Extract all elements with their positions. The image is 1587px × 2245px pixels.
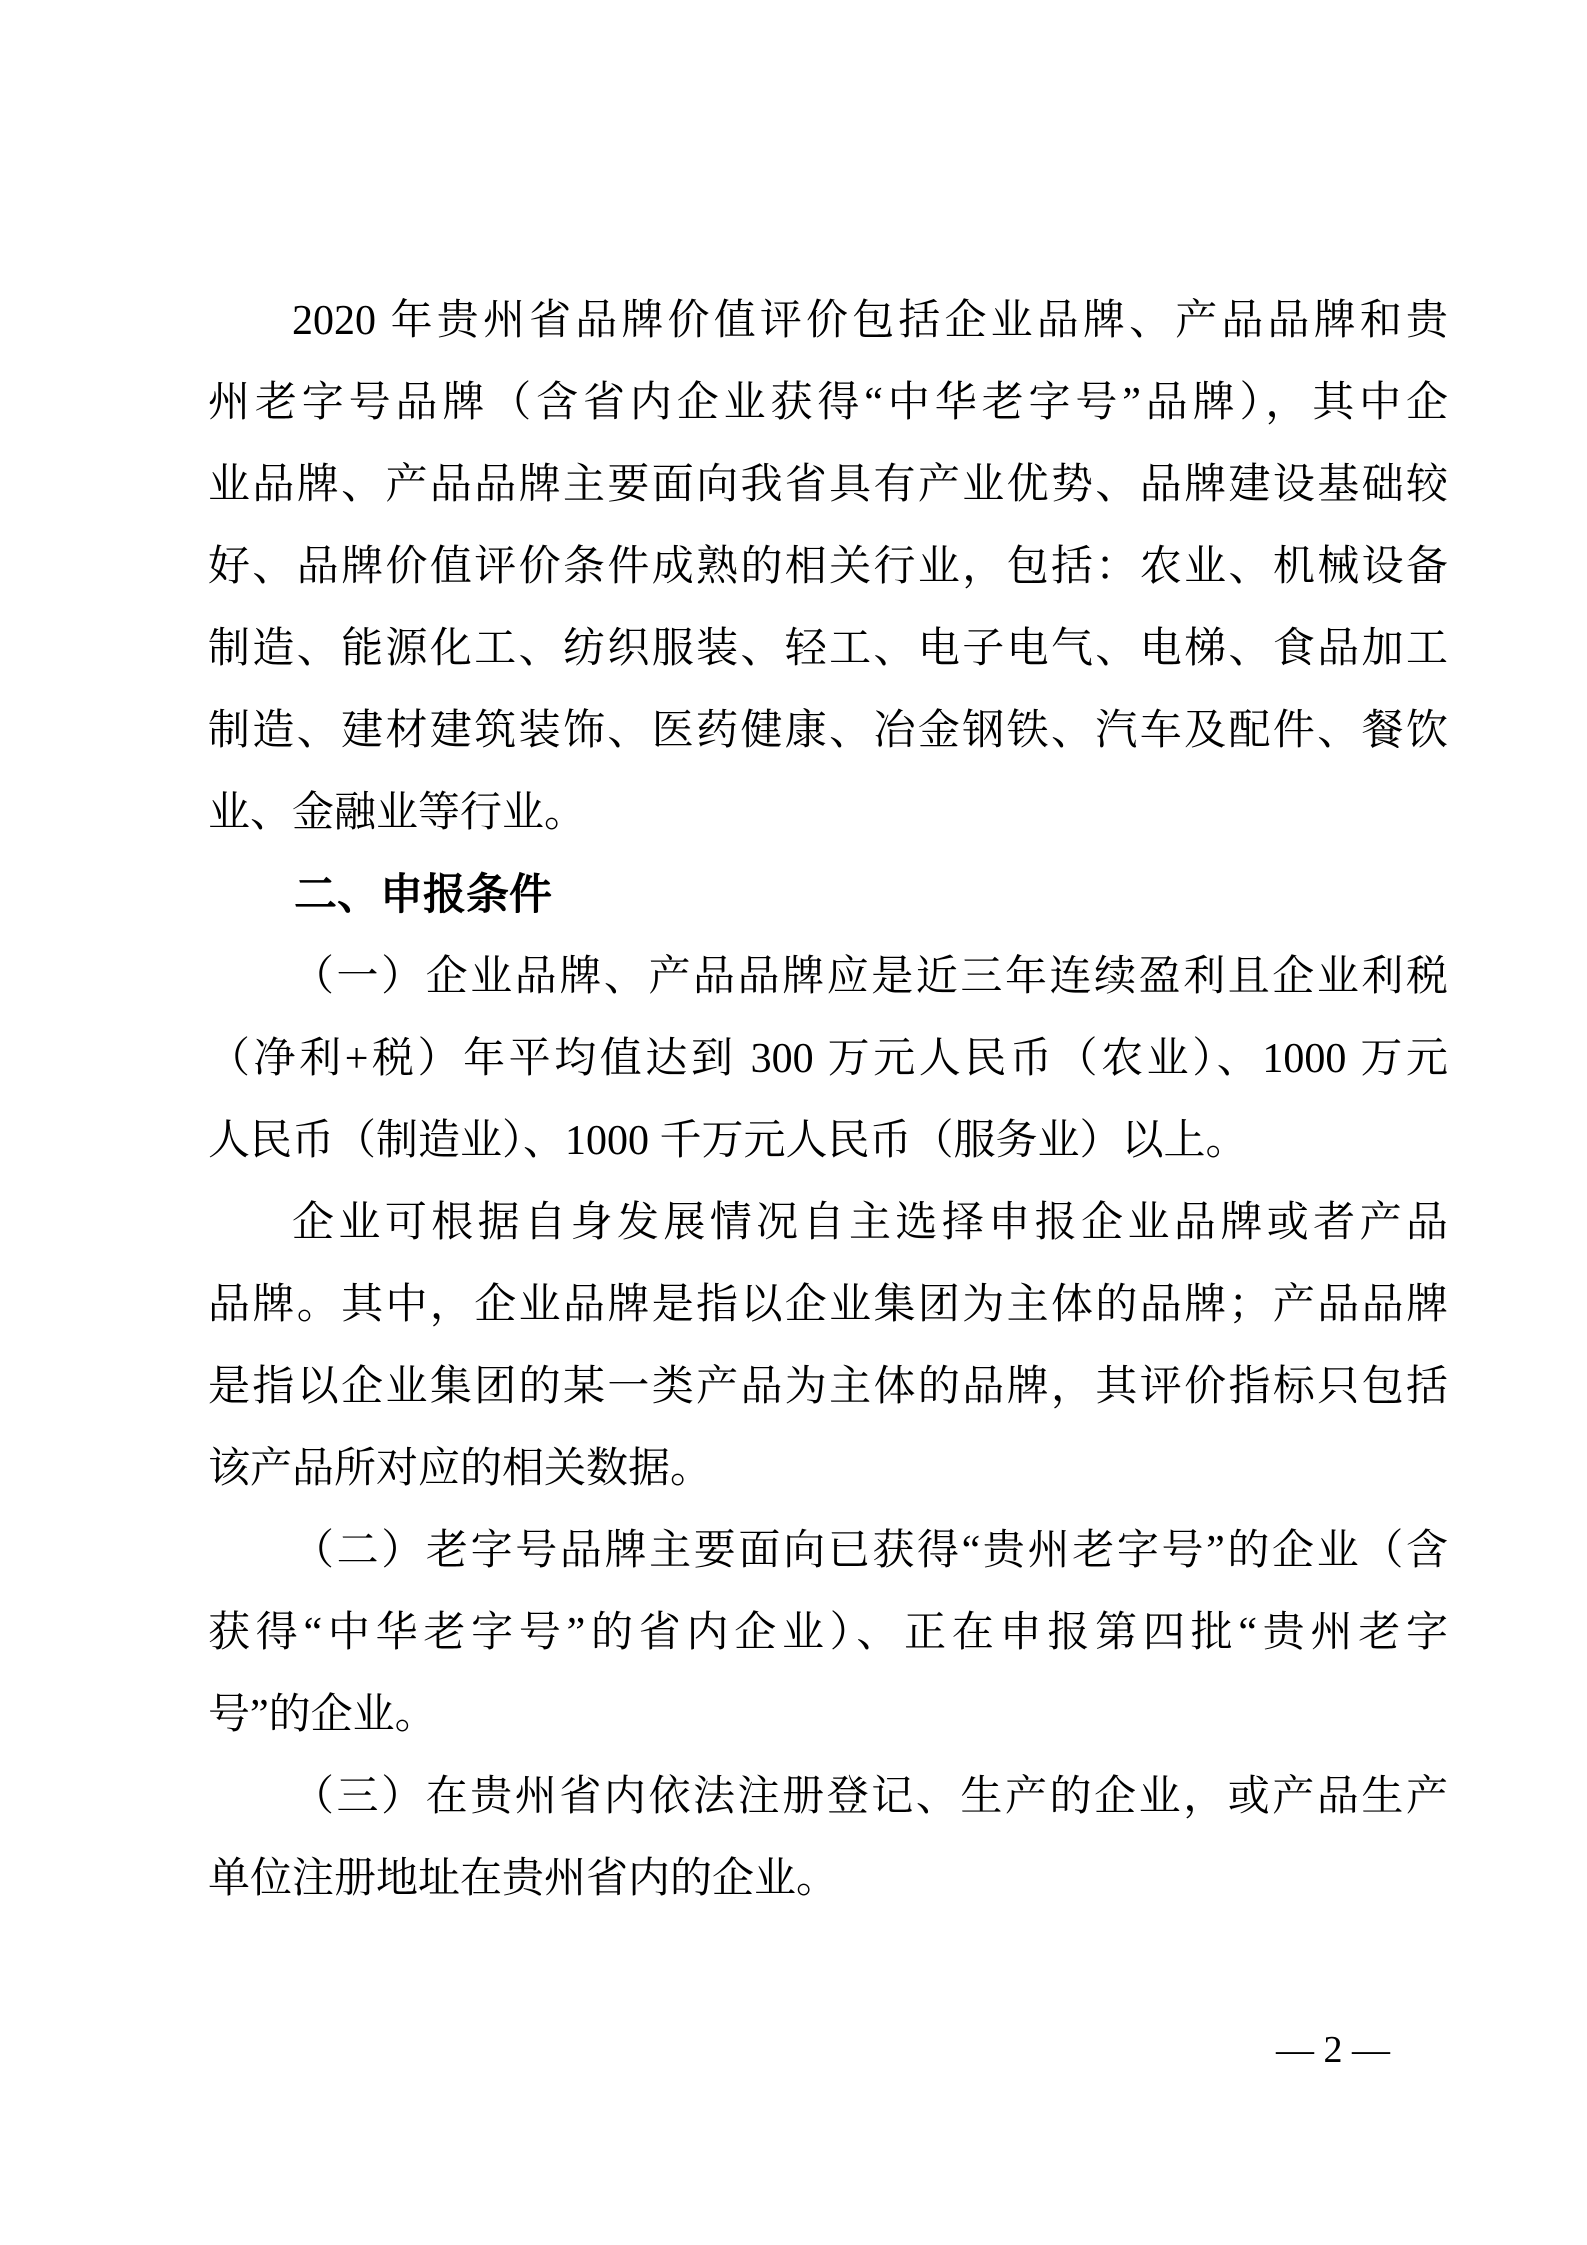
text-line: 业、金融业等行业。 (208, 772, 1448, 854)
text-line: 该产品所对应的相关数据。 (208, 1428, 1448, 1510)
page-number: — 2 — (1276, 2026, 1390, 2074)
text-line: 制造、建材建筑装饰、医药健康、冶金钢铁、汽车及配件、餐饮 (208, 690, 1448, 772)
text-line: （三）在贵州省内依法注册登记、生产的企业，或产品生产 (208, 1756, 1448, 1838)
text-line: 企业可根据自身发展情况自主选择申报企业品牌或者产品 (208, 1182, 1448, 1264)
text-line: 好、品牌价值评价条件成熟的相关行业，包括：农业、机械设备 (208, 526, 1448, 608)
text-line: 是指以企业集团的某一类产品为主体的品牌，其评价指标只包括 (208, 1346, 1448, 1428)
text-line: 人民币（制造业）、1000 千万元人民币（服务业）以上。 (208, 1100, 1448, 1182)
text-line: 业品牌、产品品牌主要面向我省具有产业优势、品牌建设基础较 (208, 444, 1448, 526)
text-line: （一）企业品牌、产品品牌应是近三年连续盈利且企业利税 (208, 936, 1448, 1018)
section-heading: 二、申报条件 (208, 854, 1448, 936)
text-line: 州老字号品牌（含省内企业获得“中华老字号”品牌），其中企 (208, 362, 1448, 444)
document-body: 2020 年贵州省品牌价值评价包括企业品牌、产品品牌和贵州老字号品牌（含省内企业… (208, 280, 1448, 1920)
text-line: 获得“中华老字号”的省内企业）、正在申报第四批“贵州老字 (208, 1592, 1448, 1674)
text-line: 号”的企业。 (208, 1674, 1448, 1756)
text-line: 品牌。其中，企业品牌是指以企业集团为主体的品牌；产品品牌 (208, 1264, 1448, 1346)
text-line: 单位注册地址在贵州省内的企业。 (208, 1838, 1448, 1920)
text-line: （净利+税）年平均值达到 300 万元人民币（农业）、1000 万元 (208, 1018, 1448, 1100)
text-line: （二）老字号品牌主要面向已获得“贵州老字号”的企业（含 (208, 1510, 1448, 1592)
document-page: 2020 年贵州省品牌价值评价包括企业品牌、产品品牌和贵州老字号品牌（含省内企业… (0, 0, 1587, 2245)
text-line: 制造、能源化工、纺织服装、轻工、电子电气、电梯、食品加工 (208, 608, 1448, 690)
text-line: 2020 年贵州省品牌价值评价包括企业品牌、产品品牌和贵 (208, 280, 1448, 362)
